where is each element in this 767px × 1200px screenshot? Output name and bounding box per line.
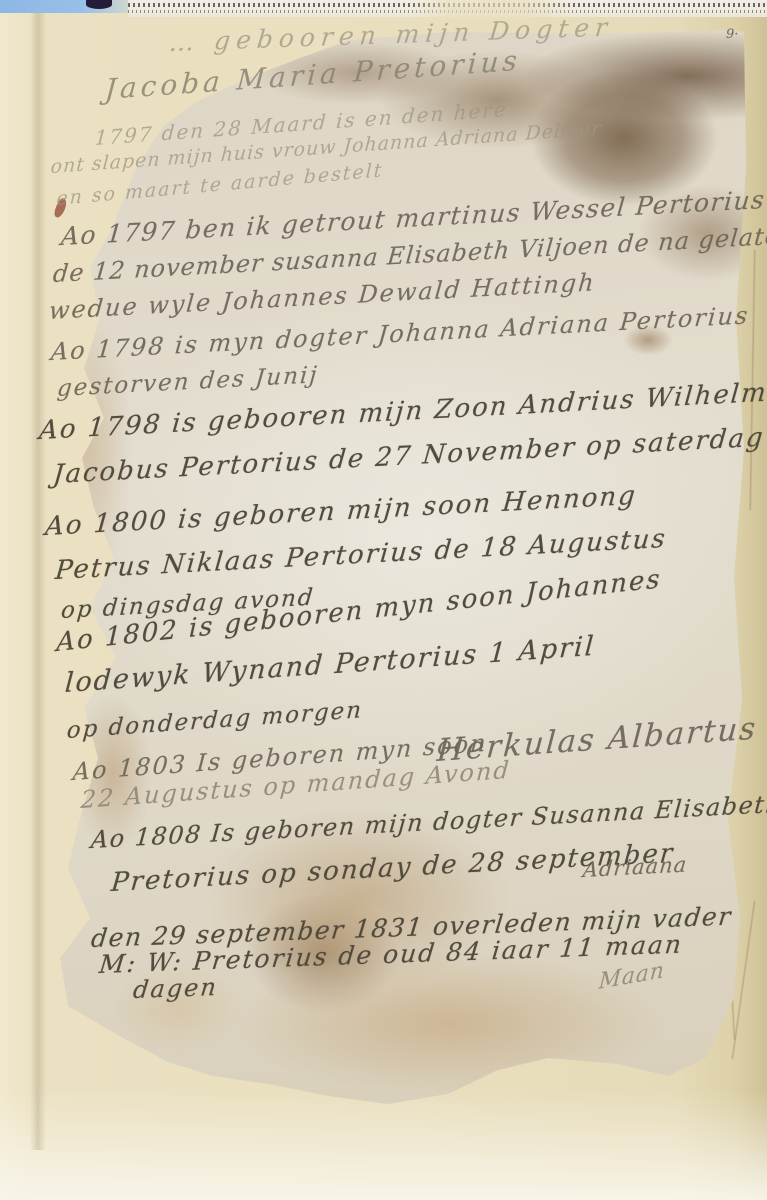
page-gutter-shade xyxy=(30,0,46,1150)
dark-spot xyxy=(86,0,112,9)
photo-of-manuscript: 9· … gebooren mijn Dogter Jacoba Maria P… xyxy=(0,0,767,1200)
page-number-mark: 9· xyxy=(726,28,738,41)
newsprint-strip xyxy=(128,0,767,17)
manuscript-line-1831-death-3: dagen xyxy=(132,975,219,1002)
